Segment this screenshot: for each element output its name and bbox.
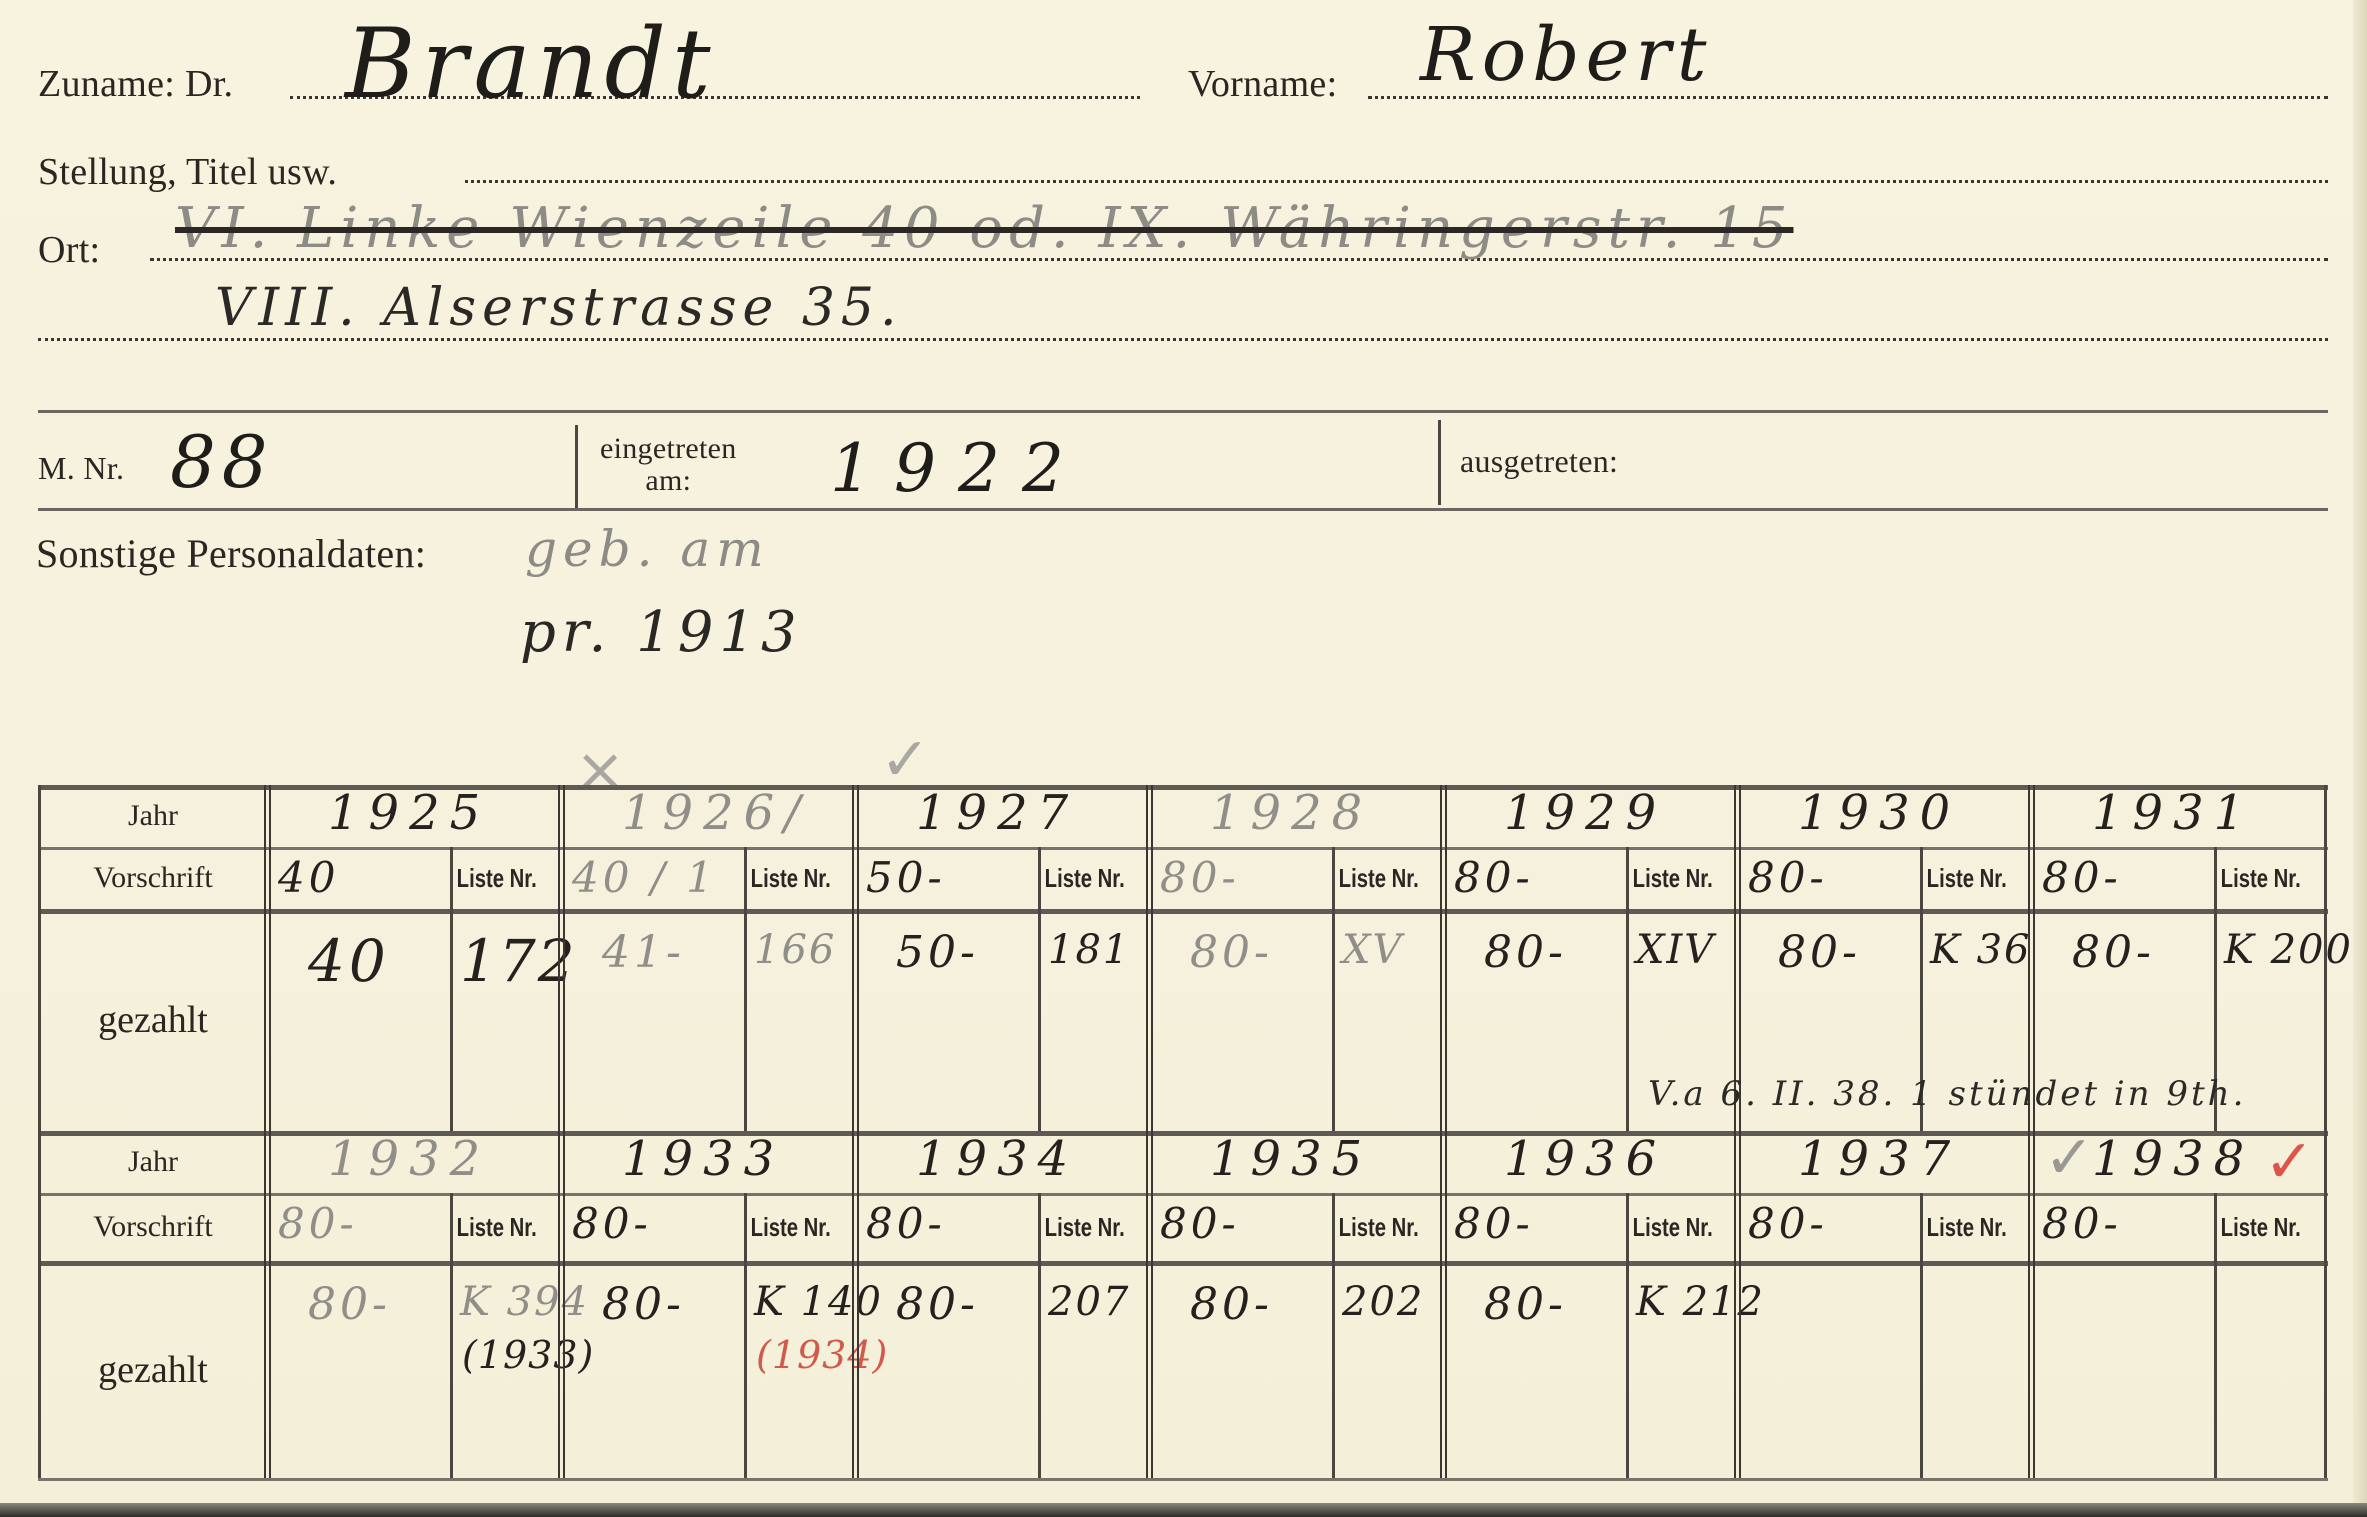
table-block-1: JahrVorschriftgezahlt192540Liste Nr.4017…: [38, 785, 2328, 1131]
year-value: 1926/: [622, 785, 810, 841]
prescribed-value: 80-: [2042, 1199, 2122, 1248]
year-value: 1929: [1504, 785, 1666, 841]
check-mark-1938: ✓: [2044, 1123, 2094, 1193]
prescribed-value: 80-: [866, 1199, 946, 1248]
paid-value: 40: [308, 927, 390, 995]
prescribed-value: 40: [278, 853, 339, 902]
paid-value: 80-: [2072, 927, 2155, 978]
column-divider: [1146, 785, 1153, 1131]
place-field-line-2: [38, 338, 2328, 341]
list-number-label: Liste Nr.: [1334, 847, 1421, 909]
list-number-subvalue: (1933): [462, 1333, 594, 1377]
paid-value: 80-: [1484, 927, 1567, 978]
year-value: 1938: [2092, 1131, 2254, 1187]
table-bottom-border: [38, 1478, 2328, 1481]
member-number-label: M. Nr.: [38, 450, 124, 487]
year-value: 1936: [1504, 1131, 1666, 1187]
list-number-value: K 36: [1930, 927, 2032, 973]
personal-data-line2: pr. 1913: [520, 600, 803, 665]
paid-value: 80-: [602, 1279, 685, 1330]
divider-left: [1438, 420, 1441, 505]
prescribed-value: 40 / 1: [572, 853, 717, 902]
paid-value: 80-: [896, 1279, 979, 1330]
personal-data-label: Sonstige Personaldaten:: [36, 530, 426, 577]
prescribed-value: 80-: [1454, 1199, 1534, 1248]
prescribed-value: 80-: [572, 1199, 652, 1248]
column-divider: [1146, 1131, 1153, 1478]
paid-value: 80-: [1484, 1279, 1567, 1330]
joined-label-line1: eingetreten: [600, 433, 737, 465]
table-left-border: [38, 785, 41, 1131]
joined-label: eingetreten am:: [600, 433, 737, 497]
row-label-year: Jahr: [38, 1131, 268, 1193]
member-number-value: 88: [170, 420, 274, 504]
column-divider: [264, 1131, 271, 1478]
divider-joined: [575, 425, 578, 510]
column-divider: [852, 785, 859, 1131]
year-value: 1928: [1210, 785, 1372, 841]
column-divider: [1440, 785, 1447, 1131]
paid-value: 80-: [1778, 927, 1861, 978]
year-value: 1927: [916, 785, 1078, 841]
prescribed-value: 80-: [1748, 1199, 1828, 1248]
left-label: ausgetreten:: [1460, 443, 1618, 480]
list-number-label: Liste Nr.: [1628, 847, 1715, 909]
place-old-value: VI. Linke Wienzeile 40 od. IX. Währinger…: [175, 196, 1793, 261]
paid-value: 80-: [308, 1279, 391, 1330]
paid-value: 41-: [602, 927, 685, 978]
list-number-label: Liste Nr.: [1334, 1193, 1421, 1261]
list-number-label: Liste Nr.: [2216, 847, 2303, 909]
paid-value: 80-: [1190, 1279, 1273, 1330]
membership-index-card: Zuname: Dr. Brandt Vorname: Robert Stell…: [0, 0, 2367, 1517]
column-divider: [264, 785, 271, 1131]
list-number-value: K 140: [754, 1279, 883, 1325]
rule-bottom-membership: [38, 508, 2328, 511]
prescribed-value: 80-: [2042, 853, 2122, 902]
year-value: 1930: [1798, 785, 1960, 841]
list-number-label: Liste Nr.: [1040, 847, 1127, 909]
list-number-label: Liste Nr.: [1040, 1193, 1127, 1261]
year-value: 1935: [1210, 1131, 1372, 1187]
paid-value: 80-: [1190, 927, 1273, 978]
joined-value: 1922: [830, 430, 1086, 507]
row-label-year: Jahr: [38, 785, 268, 847]
list-number-label: Liste Nr.: [452, 1193, 539, 1261]
firstname-value: Robert: [1420, 12, 1713, 98]
year-value: 1933: [622, 1131, 784, 1187]
card-bottom-edge: [0, 1503, 2367, 1517]
personal-data-line1: geb. am: [525, 520, 770, 578]
prescribed-value: 50-: [866, 853, 946, 902]
year-value: 1925: [328, 785, 490, 841]
card-edge: [2353, 0, 2367, 1517]
row-label-paid: gezahlt: [38, 1261, 268, 1478]
list-number-subvalue: (1934): [756, 1333, 888, 1377]
prescribed-value: 80-: [1160, 1199, 1240, 1248]
row-label-prescribed: Vorschrift: [38, 847, 268, 909]
position-field-line: [465, 180, 2328, 183]
position-label: Stellung, Titel usw.: [38, 150, 337, 194]
firstname-label: Vorname:: [1188, 62, 1337, 106]
paid-note: V.a 6. II. 38. 1 stündet in 9th.: [1648, 1074, 2246, 1114]
list-number-value: 166: [754, 927, 836, 973]
column-divider: [1440, 1131, 1447, 1478]
rule-prescribed-bottom: [38, 909, 2328, 914]
list-number-label: Liste Nr.: [452, 847, 539, 909]
list-number-value: XV: [1342, 927, 1403, 973]
year-value: 1934: [916, 1131, 1078, 1187]
list-number-value: XIV: [1636, 927, 1715, 973]
list-number-value: K 212: [1636, 1279, 1765, 1325]
list-number-label: Liste Nr.: [1628, 1193, 1715, 1261]
prescribed-value: 80-: [1748, 853, 1828, 902]
column-divider: [558, 785, 565, 1131]
table-block-2: JahrVorschriftgezahlt193280-Liste Nr.80-…: [38, 1131, 2328, 1478]
column-divider: [852, 1131, 859, 1478]
column-divider: [1734, 1131, 1741, 1478]
paid-value: 50-: [896, 927, 979, 978]
list-number-label: Liste Nr.: [1922, 1193, 2009, 1261]
list-number-value: 181: [1048, 927, 1130, 973]
year-value: 1932: [328, 1131, 490, 1187]
surname-value: Brandt: [345, 8, 717, 120]
rule-prescribed-bottom: [38, 1261, 2328, 1266]
column-divider: [2028, 1131, 2035, 1478]
list-number-value: 202: [1342, 1279, 1424, 1325]
table-right-border: [2324, 785, 2327, 1131]
prescribed-value: 80-: [1454, 853, 1534, 902]
place-new-value: VIII. Alserstrasse 35.: [215, 278, 903, 338]
list-number-label: Liste Nr.: [746, 1193, 833, 1261]
list-number-value: 207: [1048, 1279, 1130, 1325]
list-number-value: K 394: [460, 1279, 589, 1325]
table-right-border: [2324, 1131, 2327, 1478]
list-number-label: Liste Nr.: [1922, 847, 2009, 909]
list-number-label: Liste Nr.: [746, 847, 833, 909]
column-divider: [558, 1131, 565, 1478]
row-label-prescribed: Vorschrift: [38, 1193, 268, 1261]
prescribed-value: 80-: [1160, 853, 1240, 902]
prescribed-value: 80-: [278, 1199, 358, 1248]
year-value: 1937: [1798, 1131, 1960, 1187]
row-label-paid: gezahlt: [38, 909, 268, 1131]
year-value: 1931: [2092, 785, 2254, 841]
red-check-mark-1938: ✓: [2264, 1127, 2314, 1197]
list-number-label: Liste Nr.: [2216, 1193, 2303, 1261]
joined-label-line2: am:: [600, 465, 737, 497]
list-number-value: K 200: [2224, 927, 2353, 973]
table-left-border: [38, 1131, 41, 1478]
rule-top-membership: [38, 410, 2328, 413]
place-label: Ort:: [38, 228, 100, 272]
surname-label: Zuname: Dr.: [38, 62, 233, 106]
dues-table: JahrVorschriftgezahlt192540Liste Nr.4017…: [38, 785, 2328, 1478]
